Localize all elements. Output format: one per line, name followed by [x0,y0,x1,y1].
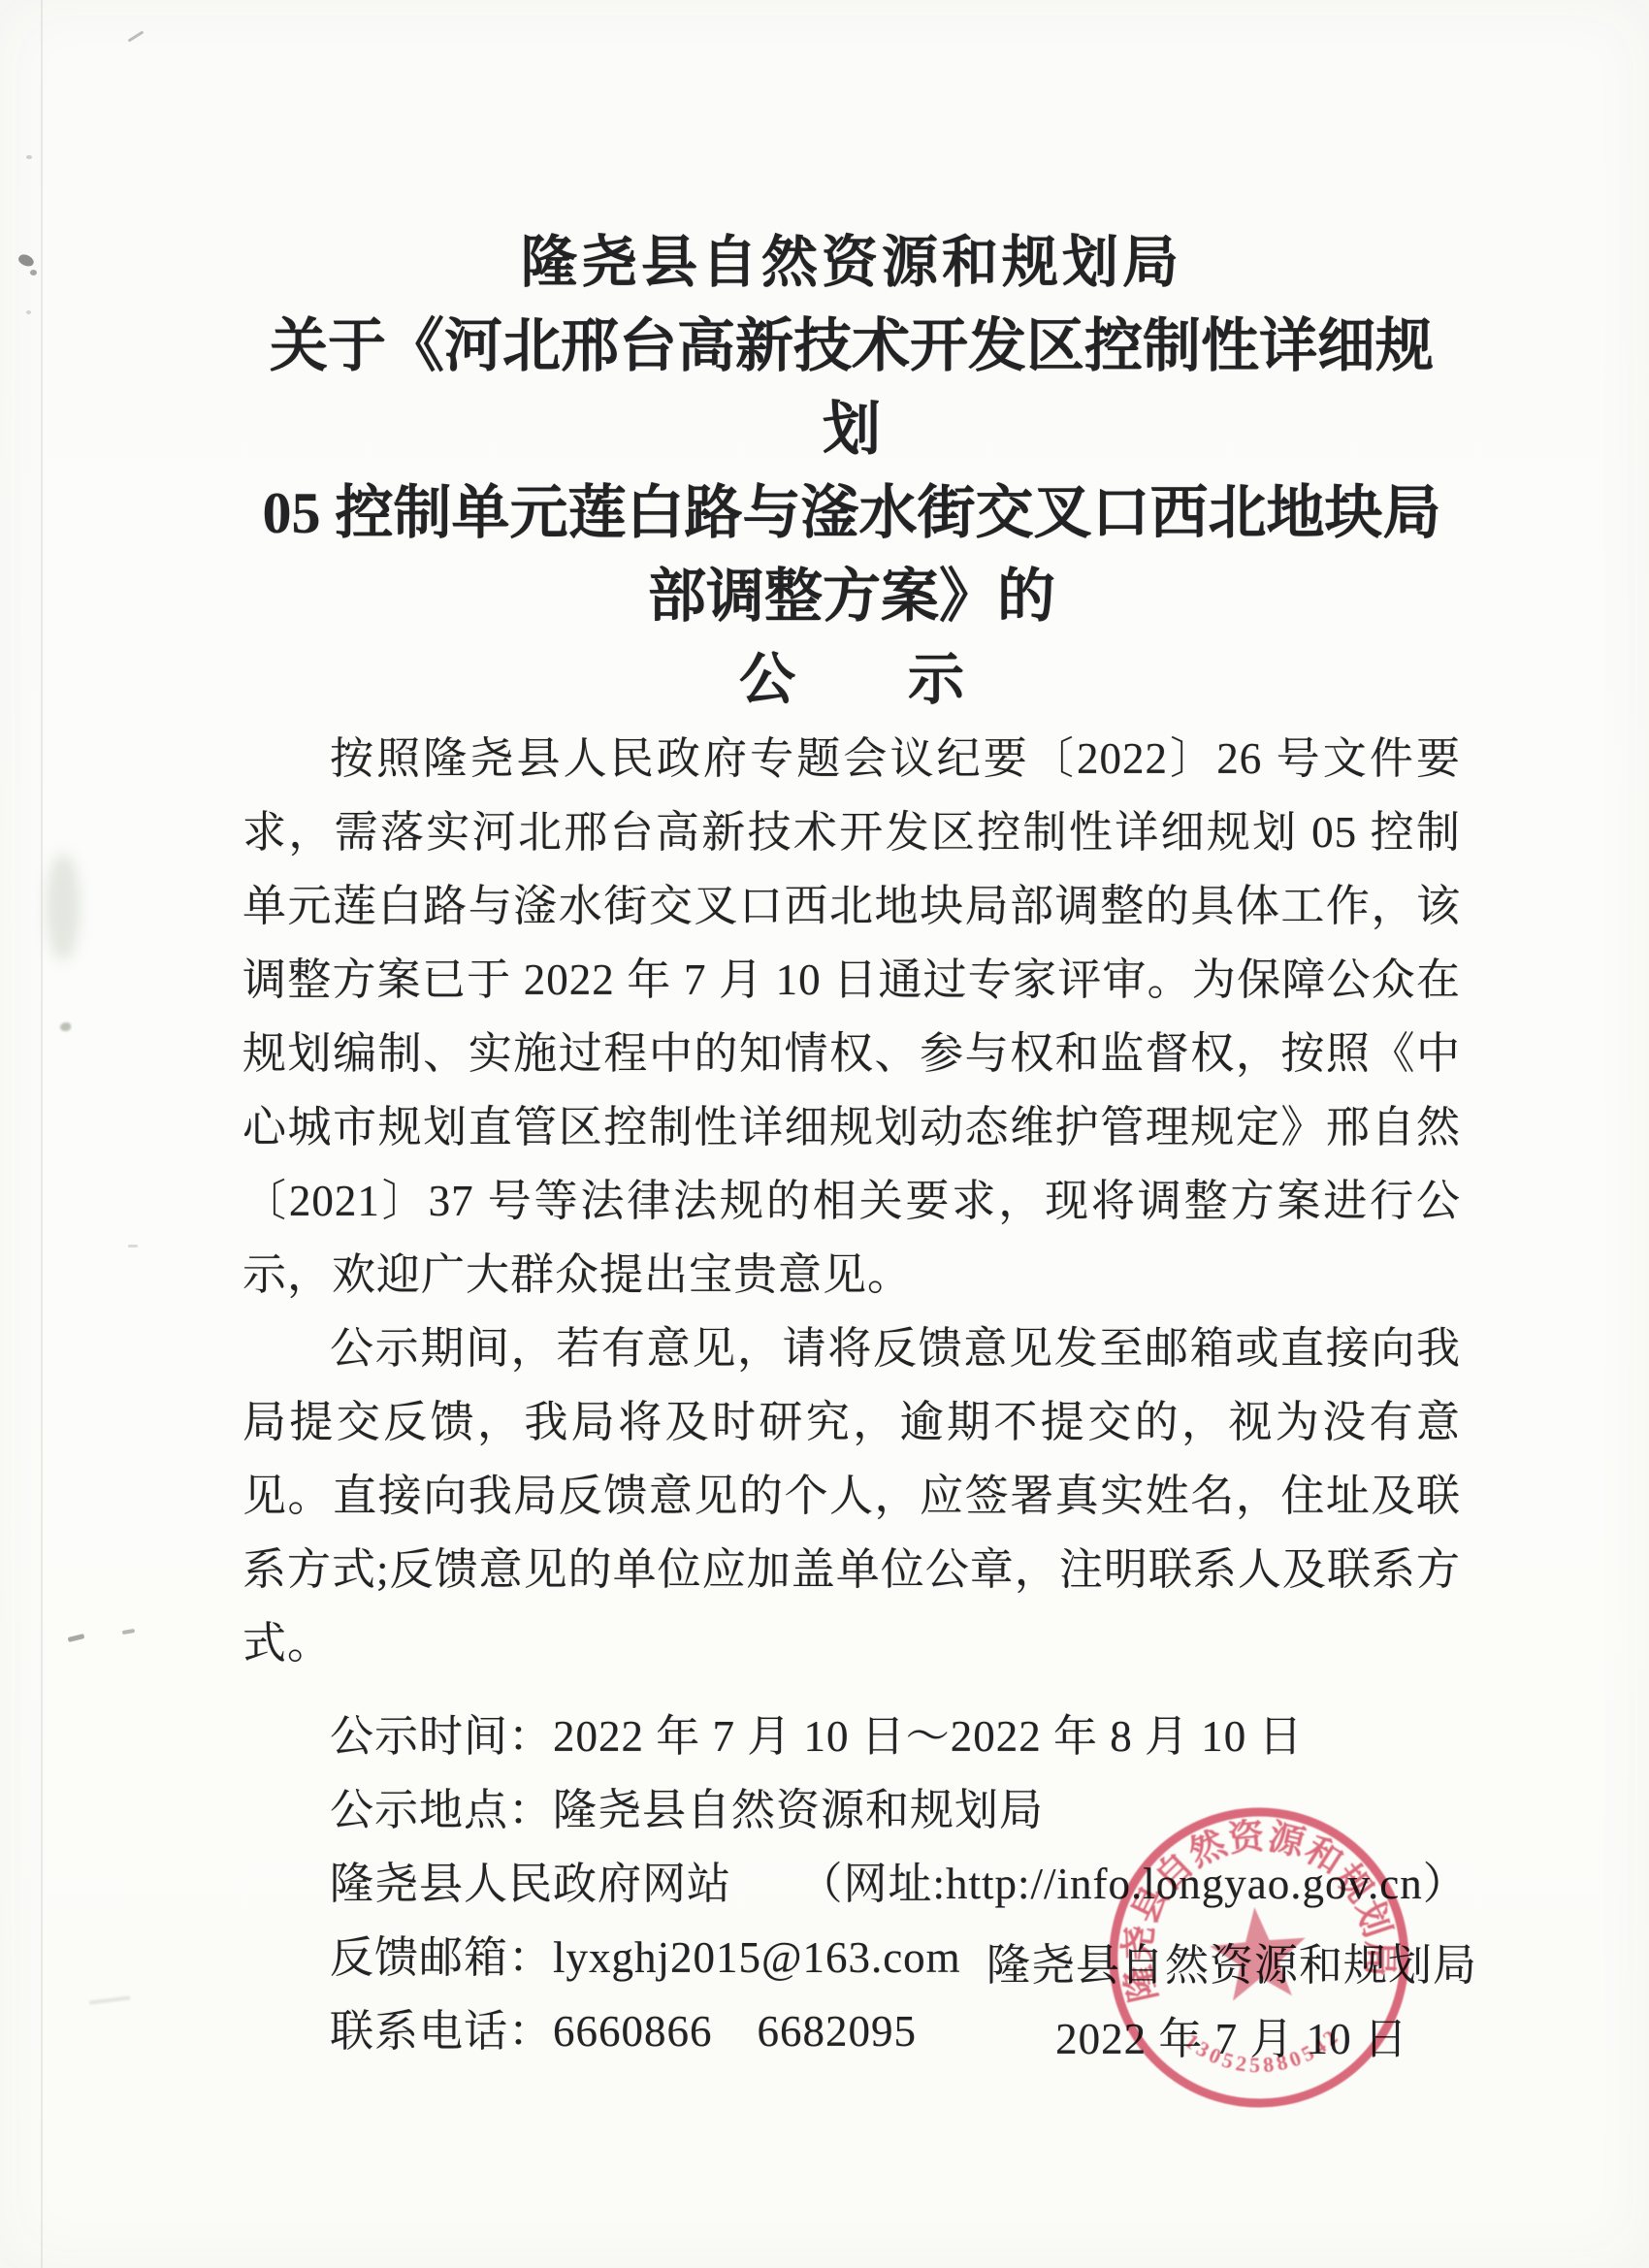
document-title-line-3: 部调整方案》的 [242,555,1461,638]
scan-speckle [60,1022,71,1031]
scan-speckle [26,310,31,314]
body-paragraph-2: 公示期间，若有意见，请将反馈意见发至邮箱或直接向我局提交反馈，我局将及时研究，逾… [242,1312,1461,1680]
scan-speckle [16,252,35,270]
scan-speckle [30,270,37,275]
scan-smudge [89,1995,130,2004]
seal-serial-number: 130525880542 [1179,2016,1347,2085]
official-seal: 隆尧县自然资源和规划局 130525880542 [1081,1781,1438,2138]
issuing-org-title: 隆尧县自然资源和规划局 [242,221,1461,305]
detail-publicity-period: 公示时间：2022 年 7 月 10 日～2022 年 8 月 10 日 [242,1700,1461,1773]
scan-speckle [26,155,32,159]
scan-speckle [68,1634,85,1642]
document-title-line-2: 05 控制单元莲白路与滏水街交叉口西北地块局 [242,471,1461,555]
scan-speckle [128,30,145,42]
document-title-line-1: 关于《河北邢台高新技术开发区控制性详细规划 [242,305,1461,471]
seal-star-icon [1207,1903,1310,2002]
scan-speckle [122,1629,135,1635]
scan-smudge [47,854,80,960]
scan-speckle [128,1245,138,1247]
scanned-document-page: 隆尧县自然资源和规划局 关于《河北邢台高新技术开发区控制性详细规划 05 控制单… [0,0,1649,2268]
document-content: 隆尧县自然资源和规划局 关于《河北邢台高新技术开发区控制性详细规划 05 控制单… [242,0,1461,2068]
body-paragraph-1: 按照隆尧县人民政府专题会议纪要〔2022〕26 号文件要求，需落实河北邢台高新技… [242,722,1461,1312]
paper-edge-line [41,0,43,2268]
notice-subtitle: 公 示 [242,638,1461,722]
